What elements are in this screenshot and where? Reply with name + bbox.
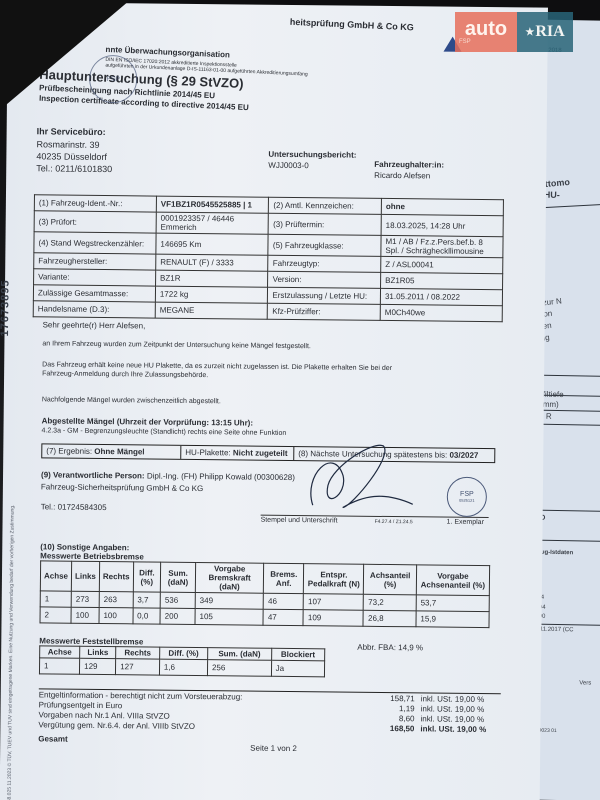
column-header: Vorgabe Bremskraft (daN) [195,562,264,593]
table-cell: 26,8 [363,610,416,627]
field-value: 0001923357 / 46446 Emmerich [156,212,269,234]
field-value: 1722 kg [155,286,268,303]
letter-paragraph: Fahrzeug-Anmeldung durch Ihre Zulassungs… [42,370,208,379]
field-label: (4) Stand Wegstreckenzähler: [34,232,156,254]
column-header: Achse [40,646,80,658]
owner-label: Fahrzeughalter:in: [374,160,444,170]
service-office-city: 40235 Düsseldorf [36,151,107,162]
field-value: BZ1R05 [381,272,503,289]
table-cell: 536 [160,592,195,608]
fee-label: Vergütung gem. Nr.6.4. der Anl. VIIIb St… [38,720,195,731]
field-label: Variante: [34,269,156,286]
column-header: Rechts [99,561,133,591]
table-cell: 107 [303,594,363,611]
column-header: Rechts [116,647,160,659]
field-label: (1) Fahrzeug-Ident.-Nr.: [34,195,156,212]
table-cell: 100 [71,607,99,623]
table-row: 11291271,6256Ja [39,658,324,677]
field-value: VF1BZ1R0545525885 | 1 [156,196,269,213]
watermark-ria: ★RIA [517,12,573,52]
plakette-value: Nicht zugeteilt [233,448,288,458]
responsible-phone: Tel.: 01724584305 [41,502,107,512]
table-cell: 263 [99,591,133,607]
field-value: ohne [381,198,503,215]
field-label: Fahrzeughersteller: [34,253,156,270]
column-header: Diff. (%) [159,647,207,660]
greeting: Sehr geehrte(r) Herr Alefsen, [43,320,146,330]
result-value: Ohne Mängel [94,447,144,457]
star-icon: ★ [525,27,534,38]
table-cell: 127 [116,659,160,675]
document-number: 17673895 [0,279,12,336]
column-header: Links [71,561,99,591]
field-value: MEGANE [155,302,268,319]
back-fragment: R [546,412,552,421]
company-name: heitsprüfung GmbH & Co KG [290,17,414,33]
column-header: Entspr. Pedalkraft (N) [304,564,364,595]
table-cell: 47 [263,609,303,625]
column-header: Brems. Anf. [264,563,304,593]
fee-amount: 168,50 [382,724,414,733]
column-header: Sum. (daN) [208,648,272,661]
copy-label: 1. Exemplar [447,519,484,526]
table-cell: 273 [71,591,99,607]
field-label: Zulässige Gesamtmasse: [33,285,155,302]
fee-tax: inkl. USt. 19,00 % [421,694,485,704]
fee-tax: inkl. USt. 19,00 % [420,714,484,724]
parking-brake-table: AchseLinksRechtsDiff. (%)Sum. (daN)Block… [39,645,325,677]
dark-corner [0,0,130,110]
form-code: F4.27.4 / Z1.24.5 [375,519,413,525]
service-office-street: Rosmarinstr. 39 [36,139,99,150]
table-cell: Ja [271,660,325,677]
letter-paragraph: an Ihrem Fahrzeug wurden zum Zeitpunkt d… [42,340,311,350]
fees-total-label: Gesamt [38,734,67,743]
inspection-certificate: 17673895 538.025 11.2023 © TÜV, TUEV und… [0,2,548,800]
table-cell: 3,7 [133,592,161,608]
column-header: Achse [40,561,71,591]
field-label: (3) Prüftermin: [269,213,382,235]
fee-label: Vorgaben nach Nr.1 Anl. VIIIa StVZO [38,710,169,720]
table-cell: 200 [160,608,195,624]
column-header: Achsanteil (%) [364,564,417,595]
back-fragment: HU- [544,190,560,200]
table-cell: 256 [207,660,271,677]
field-label: (5) Fahrzeugklasse: [268,234,381,256]
table-cell: 73,2 [364,594,417,611]
table-cell: 1 [40,591,71,607]
next-inspection-value: 03/2027 [449,451,478,460]
field-value: Z / ASL00041 [381,256,503,273]
owner-name: Ricardo Alefsen [374,171,430,181]
fee-tax: inkl. USt. 19,00 % [421,704,485,714]
fba-value: Abbr. FBA: 14,9 % [357,643,423,653]
responsible-person: (9) Verantwortliche Person: Dipl.-Ing. (… [41,470,295,482]
letter-paragraph: Nachfolgende Mängel wurden zwischenzeitl… [42,396,221,405]
fee-label: Prüfungsentgelt in Euro [39,700,123,710]
field-label: Erstzulassung / Letzte HU: [268,287,381,304]
plakette-cell: HU-Plakette: Nicht zugeteilt [181,446,294,460]
fee-amount: 158,71 [383,694,415,703]
field-label: (2) Amtl. Kennzeichen: [269,197,382,214]
field-value: M1 / AB / Fz.z.Pers.bef.b. 8 Spl. / Schr… [381,235,503,257]
table-cell: 2 [40,607,71,623]
fee-amount: 1,19 [383,704,415,713]
report-label: Untersuchungsbericht: [268,150,356,160]
report-number: WJJ0003-0 [268,161,309,170]
autoria-watermark: autoFSP ★RIA [455,12,573,52]
table-cell: 129 [80,658,116,674]
field-label: Handelsname (D.3): [33,301,155,318]
column-header: Sum. (daN) [160,562,195,592]
field-value: 31.05.2011 / 08.2022 [380,288,502,305]
signature-caption: Stempel und Unterschrift [261,517,338,525]
table-cell: 0,0 [133,608,161,624]
result-box: (7) Ergebnis: Ohne Mängel HU-Plakette: N… [41,443,495,463]
field-label: Kfz-Prüfziffer: [268,303,381,320]
service-office-label: Ihr Servicebüro: [37,126,106,137]
table-cell: 109 [303,610,363,627]
column-header: Blockiert [271,648,324,661]
field-value: RENAULT (F) / 3333 [156,254,269,271]
table-cell: 53,7 [416,595,489,612]
field-value: M0Ch40we [380,304,502,321]
fsp-stamp: FSP 0525121 [447,477,487,517]
field-label: (3) Prüfort: [34,211,156,233]
page-number: Seite 1 von 2 [250,744,297,753]
column-header: Diff. (%) [133,562,161,592]
field-value: 146695 Km [156,233,269,255]
responsible-company: Fahrzeug-Sicherheitsprüfung GmbH & Co KG [41,482,203,493]
table-cell: 100 [99,607,133,623]
table-cell: 15,9 [416,611,489,628]
defects-heading: Abgestellte Mängel (Uhrzeit der Vorprüfu… [42,416,254,427]
defect-item: 4.2.3a - GM - Begrenzungsleuchte (Standl… [41,427,286,437]
back-fragment: Vers [579,680,591,686]
result-cell: (7) Ergebnis: Ohne Mängel [42,444,181,458]
vehicle-data-table: (1) Fahrzeug-Ident.-Nr.:VF1BZ1R054552588… [33,194,504,322]
legal-notice: 538.025 11.2023 © TÜV, TUEV und TUV sind… [7,325,18,800]
signature-scribble [303,435,424,516]
table-cell: 46 [263,593,303,609]
column-header: Links [80,646,116,658]
fee-tax: inkl. USt. 19,00 % [420,724,486,734]
table-cell: 349 [195,592,263,609]
watermark-auto: autoFSP [455,12,517,52]
field-label: Version: [268,271,381,288]
table-cell: 1 [39,658,79,674]
column-header: Vorgabe Achsenanteil (%) [416,565,489,596]
field-value: BZ1R [155,270,268,287]
service-brake-table: AchseLinksRechtsDiff. (%)Sum. (daN)Vorga… [39,560,490,628]
field-label: Fahrzeugtyp: [268,255,381,272]
fee-amount: 8,60 [382,714,414,723]
field-value: 18.03.2025, 14:28 Uhr [381,214,503,236]
service-office-phone: Tel.: 0211/6101830 [36,163,112,174]
table-cell: 105 [195,608,263,625]
table-row: 21001000,02001054710926,815,9 [40,607,489,628]
table-cell: 1,6 [159,659,207,676]
